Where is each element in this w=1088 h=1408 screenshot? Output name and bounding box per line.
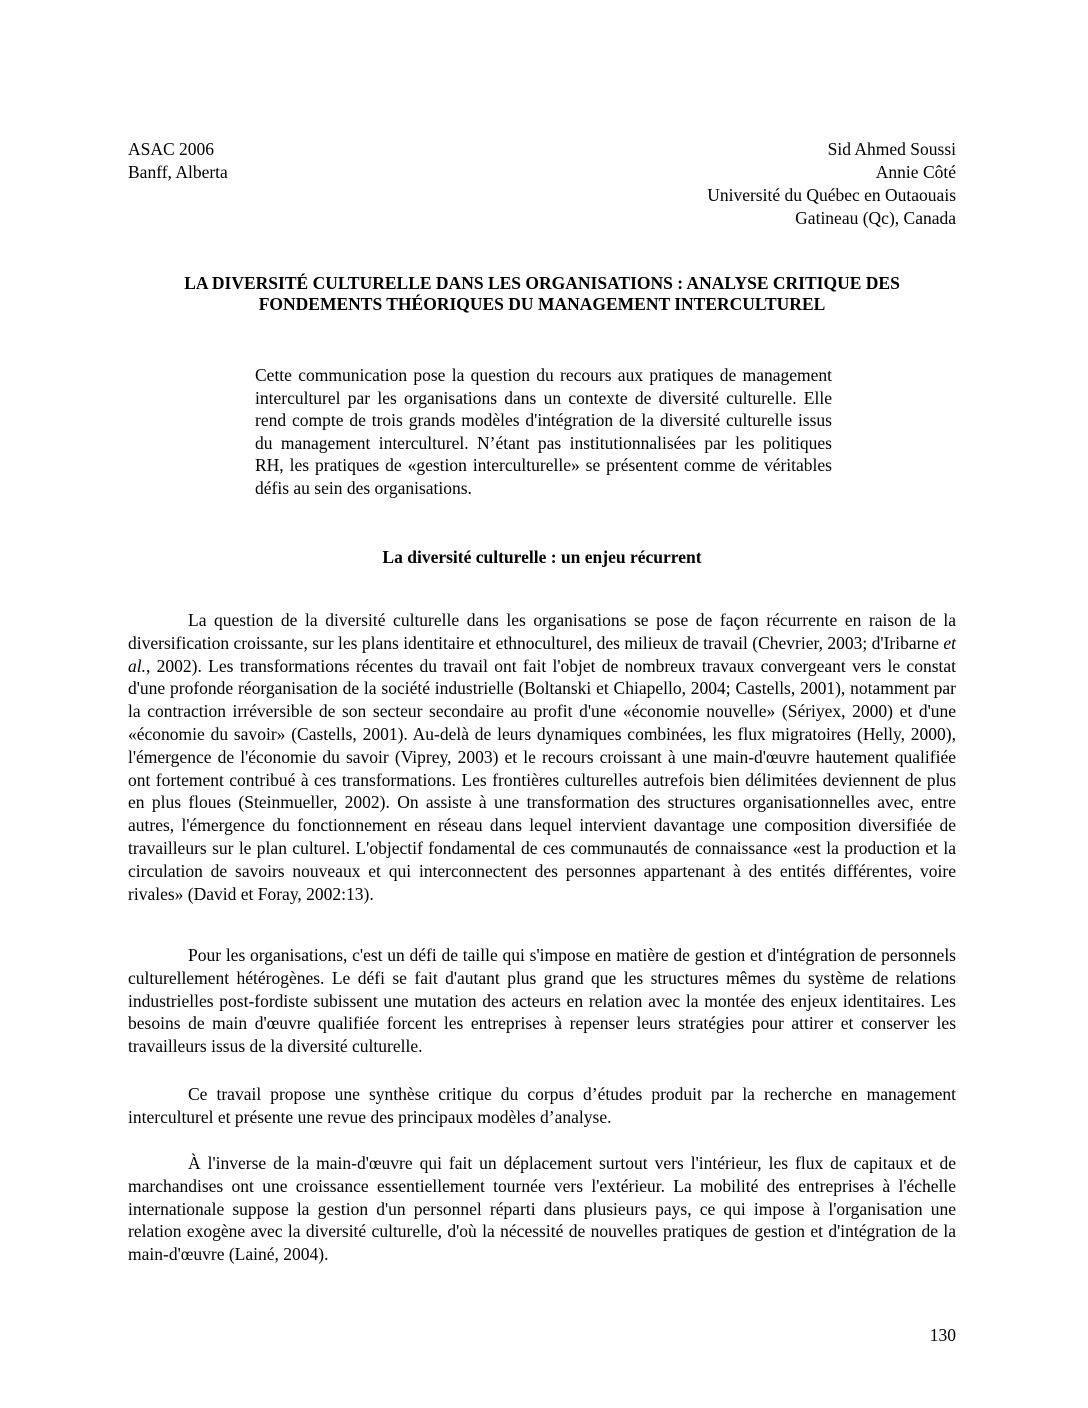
author-institution: Université du Québec en Outaouais (707, 184, 956, 207)
document-page: ASAC 2006 Banff, Alberta Sid Ahmed Souss… (128, 0, 956, 1408)
author-name: Annie Côté (707, 161, 956, 184)
page-number: 130 (930, 1324, 956, 1346)
abstract: Cette communication pose la question du … (255, 364, 832, 499)
author-name: Sid Ahmed Soussi (707, 138, 956, 161)
conference-name: ASAC 2006 (128, 138, 228, 161)
body-paragraph-4: À l'inverse de la main-d'œuvre qui fait … (128, 1152, 956, 1266)
title-line-1: LA DIVERSITÉ CULTURELLE DANS LES ORGANIS… (128, 273, 956, 294)
paragraph-text: , 2002). Les transformations récentes du… (128, 656, 956, 904)
conference-info: ASAC 2006 Banff, Alberta (128, 138, 228, 184)
author-info: Sid Ahmed Soussi Annie Côté Université d… (707, 138, 956, 230)
conference-location: Banff, Alberta (128, 161, 228, 184)
paragraph-text: La question de la diversité culturelle d… (128, 610, 956, 653)
body-paragraph-1: La question de la diversité culturelle d… (128, 609, 956, 905)
body-paragraph-2: Pour les organisations, c'est un défi de… (128, 944, 956, 1058)
paper-title: LA DIVERSITÉ CULTURELLE DANS LES ORGANIS… (128, 273, 956, 315)
section-heading: La diversité culturelle : un enjeu récur… (128, 546, 956, 568)
author-city: Gatineau (Qc), Canada (707, 207, 956, 230)
title-line-2: FONDEMENTS THÉORIQUES DU MANAGEMENT INTE… (128, 294, 956, 315)
body-paragraph-3: Ce travail propose une synthèse critique… (128, 1083, 956, 1129)
